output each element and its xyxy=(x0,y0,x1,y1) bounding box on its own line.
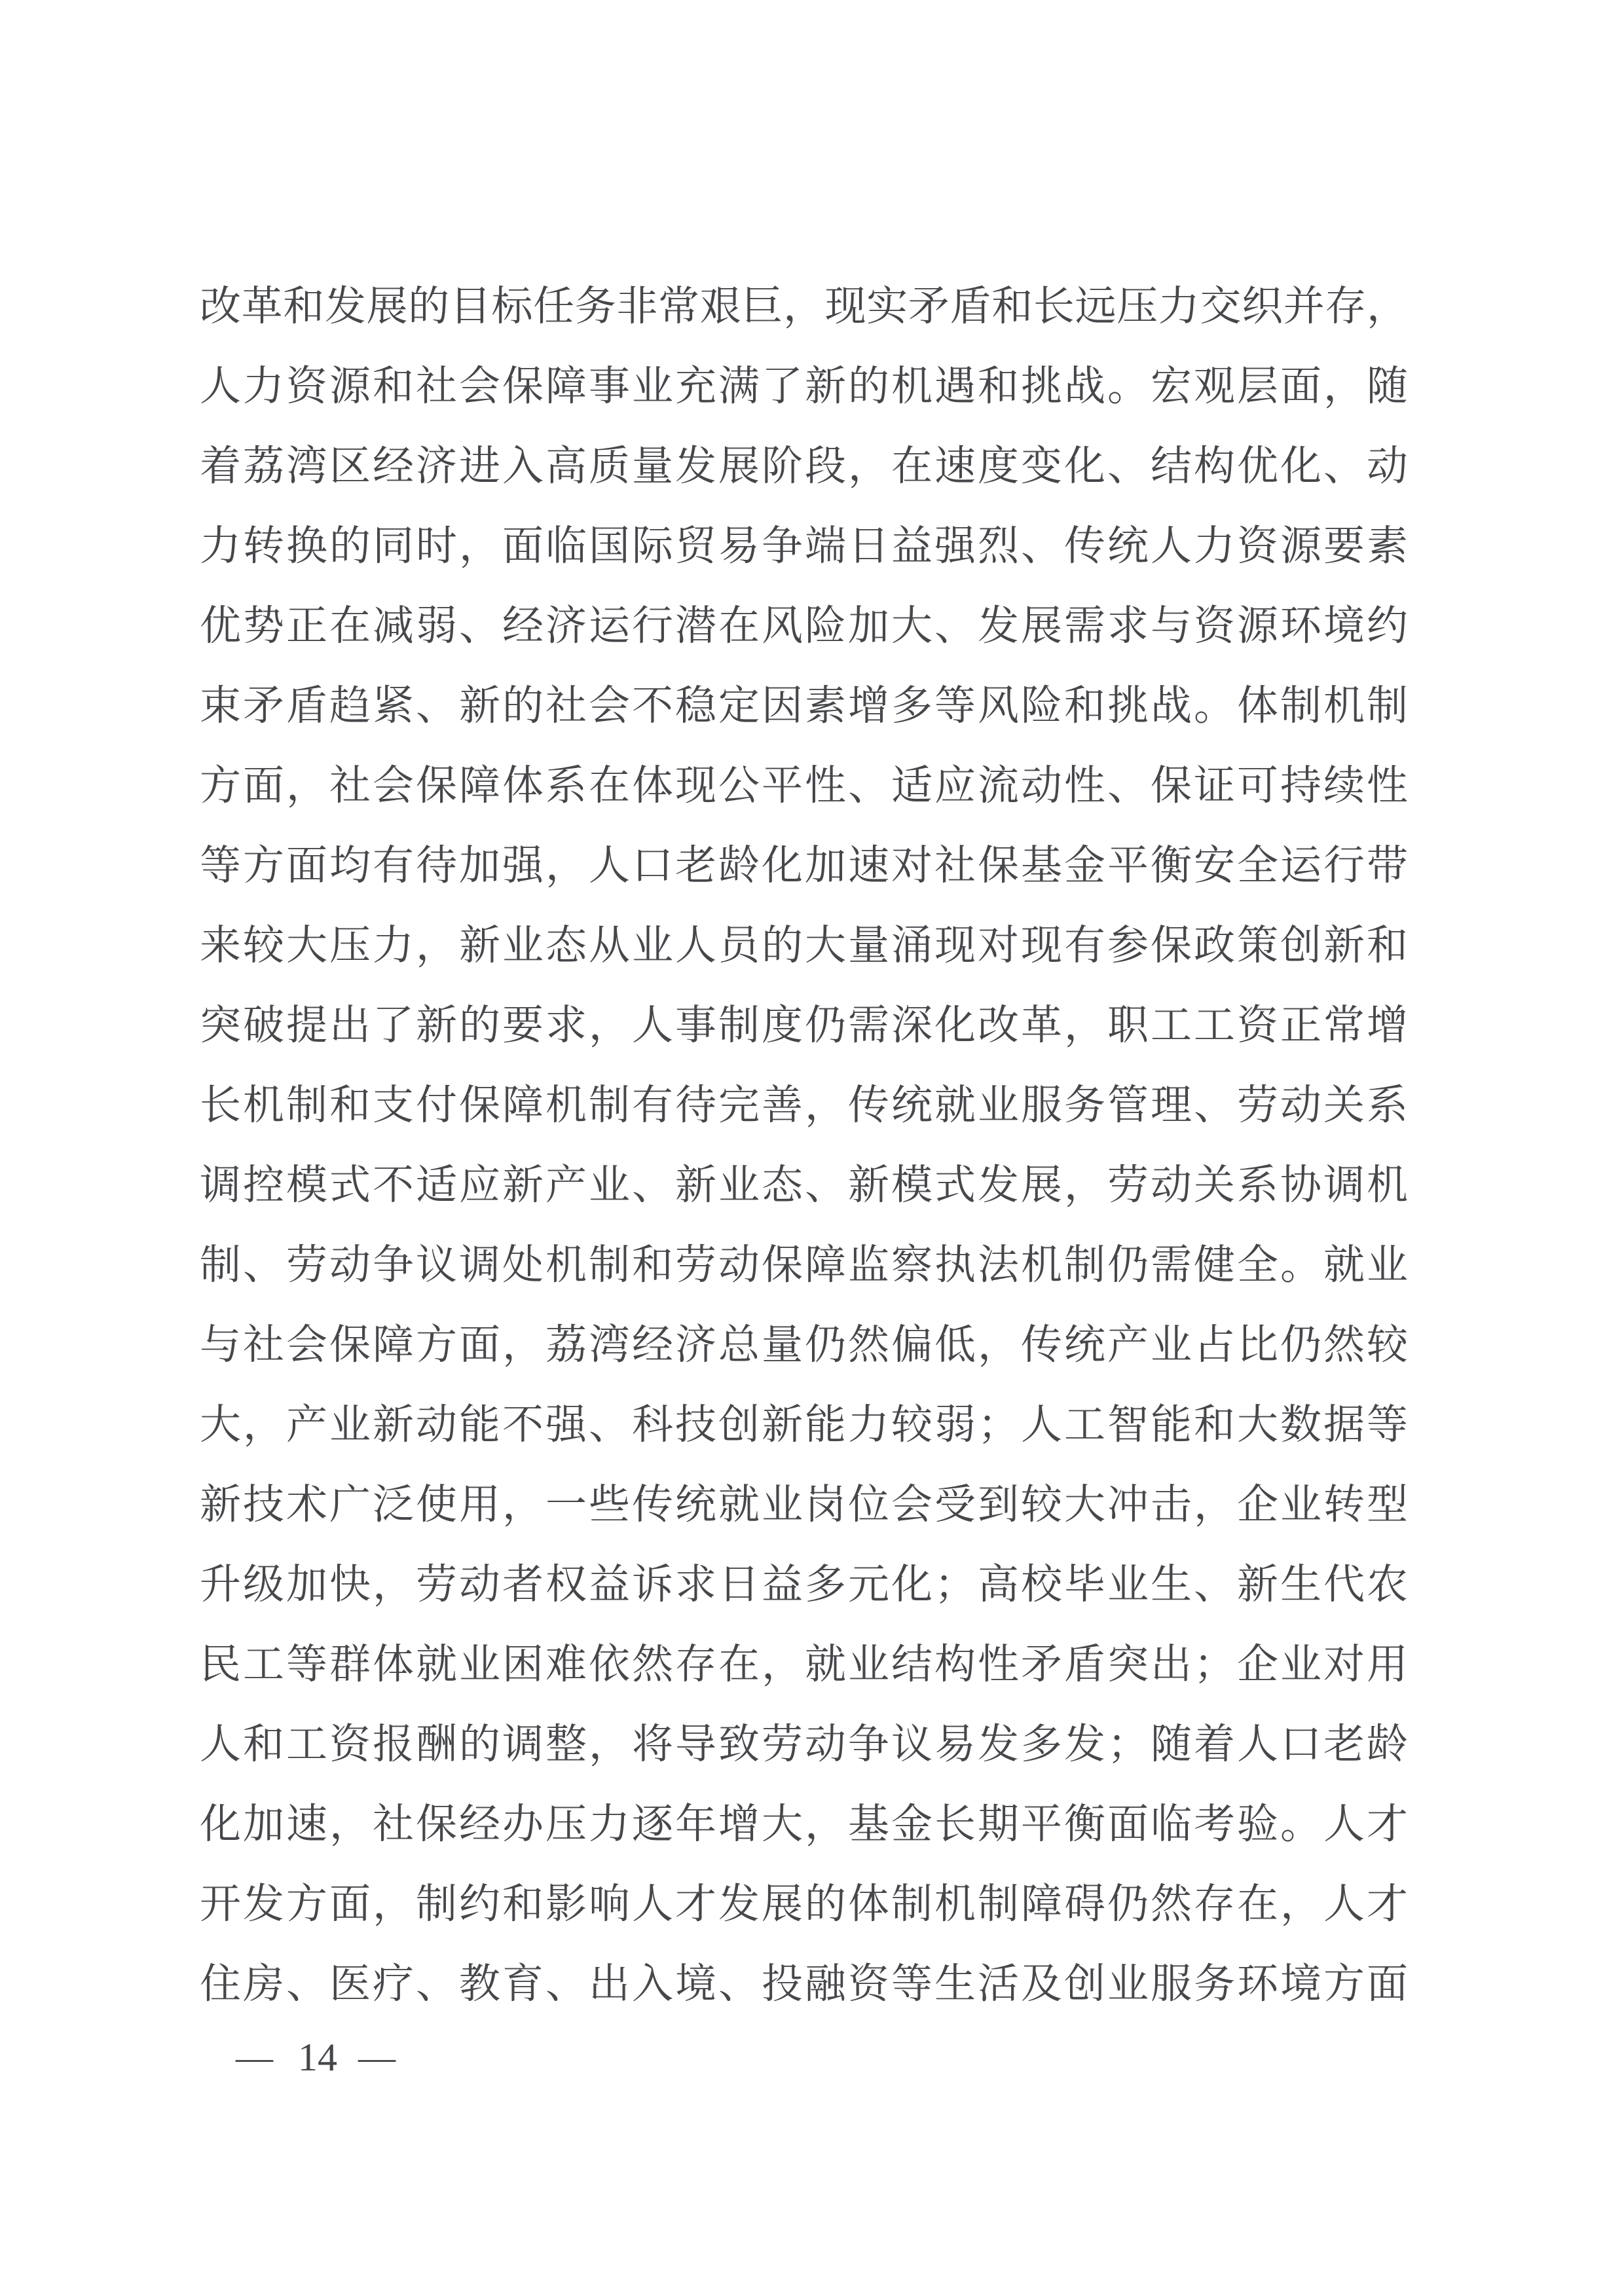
paragraph-line-13: 制、劳动争议调处机制和劳动保障监察执法机制仍需健全。就业 xyxy=(200,1225,1408,1305)
paragraph-line-10: 突破提出了新的要求，人事制度仍需深化改革，职工工资正常增 xyxy=(200,985,1408,1065)
paragraph-line-2: 人力资源和社会保障事业充满了新的机遇和挑战。宏观层面，随 xyxy=(200,346,1408,426)
footer-dash-right: — xyxy=(358,2036,396,2079)
paragraph-line-17: 升级加快，劳动者权益诉求日益多元化；高校毕业生、新生代农 xyxy=(200,1545,1408,1625)
paragraph-line-8: 等方面均有待加强，人口老龄化加速对社保基金平衡安全运行带 xyxy=(200,826,1408,906)
paragraph-line-12: 调控模式不适应新产业、新业态、新模式发展，劳动关系协调机 xyxy=(200,1145,1408,1225)
document-page: 改革和发展的目标任务非常艰巨，现实矛盾和长远压力交织并存， 人力资源和社会保障事… xyxy=(0,0,1624,2295)
body-text-block: 改革和发展的目标任务非常艰巨，现实矛盾和长远压力交织并存， 人力资源和社会保障事… xyxy=(200,266,1408,2024)
paragraph-line-9: 来较大压力，新业态从业人员的大量涌现对现有参保政策创新和 xyxy=(200,906,1408,985)
paragraph-line-15: 大，产业新动能不强、科技创新能力较弱；人工智能和大数据等 xyxy=(200,1385,1408,1465)
paragraph-line-14: 与社会保障方面，荔湾经济总量仍然偏低，传统产业占比仍然较 xyxy=(200,1305,1408,1385)
page-number: 14 xyxy=(298,2035,337,2080)
paragraph-line-22: 住房、医疗、教育、出入境、投融资等生活及创业服务环境方面 xyxy=(200,1944,1408,2024)
paragraph-line-3: 着荔湾区经济进入高质量发展阶段，在速度变化、结构优化、动 xyxy=(200,426,1408,506)
footer-dash-left: — xyxy=(236,2036,273,2079)
paragraph-line-1: 改革和发展的目标任务非常艰巨，现实矛盾和长远压力交织并存， xyxy=(200,266,1408,346)
paragraph-line-16: 新技术广泛使用，一些传统就业岗位会受到较大冲击，企业转型 xyxy=(200,1465,1408,1545)
paragraph-line-18: 民工等群体就业困难依然存在，就业结构性矛盾突出；企业对用 xyxy=(200,1625,1408,1704)
paragraph-line-4: 力转换的同时，面临国际贸易争端日益强烈、传统人力资源要素 xyxy=(200,506,1408,586)
paragraph-line-11: 长机制和支付保障机制有待完善，传统就业服务管理、劳动关系 xyxy=(200,1065,1408,1145)
paragraph-line-5: 优势正在减弱、经济运行潜在风险加大、发展需求与资源环境约 xyxy=(200,586,1408,666)
paragraph-line-20: 化加速，社保经办压力逐年增大，基金长期平衡面临考验。人才 xyxy=(200,1784,1408,1864)
page-footer: — 14 — xyxy=(236,2034,396,2081)
paragraph-line-19: 人和工资报酬的调整，将导致劳动争议易发多发；随着人口老龄 xyxy=(200,1704,1408,1784)
paragraph-line-21: 开发方面，制约和影响人才发展的体制机制障碍仍然存在，人才 xyxy=(200,1864,1408,1944)
paragraph-line-7: 方面，社会保障体系在体现公平性、适应流动性、保证可持续性 xyxy=(200,746,1408,826)
paragraph-line-6: 束矛盾趋紧、新的社会不稳定因素增多等风险和挑战。体制机制 xyxy=(200,666,1408,746)
